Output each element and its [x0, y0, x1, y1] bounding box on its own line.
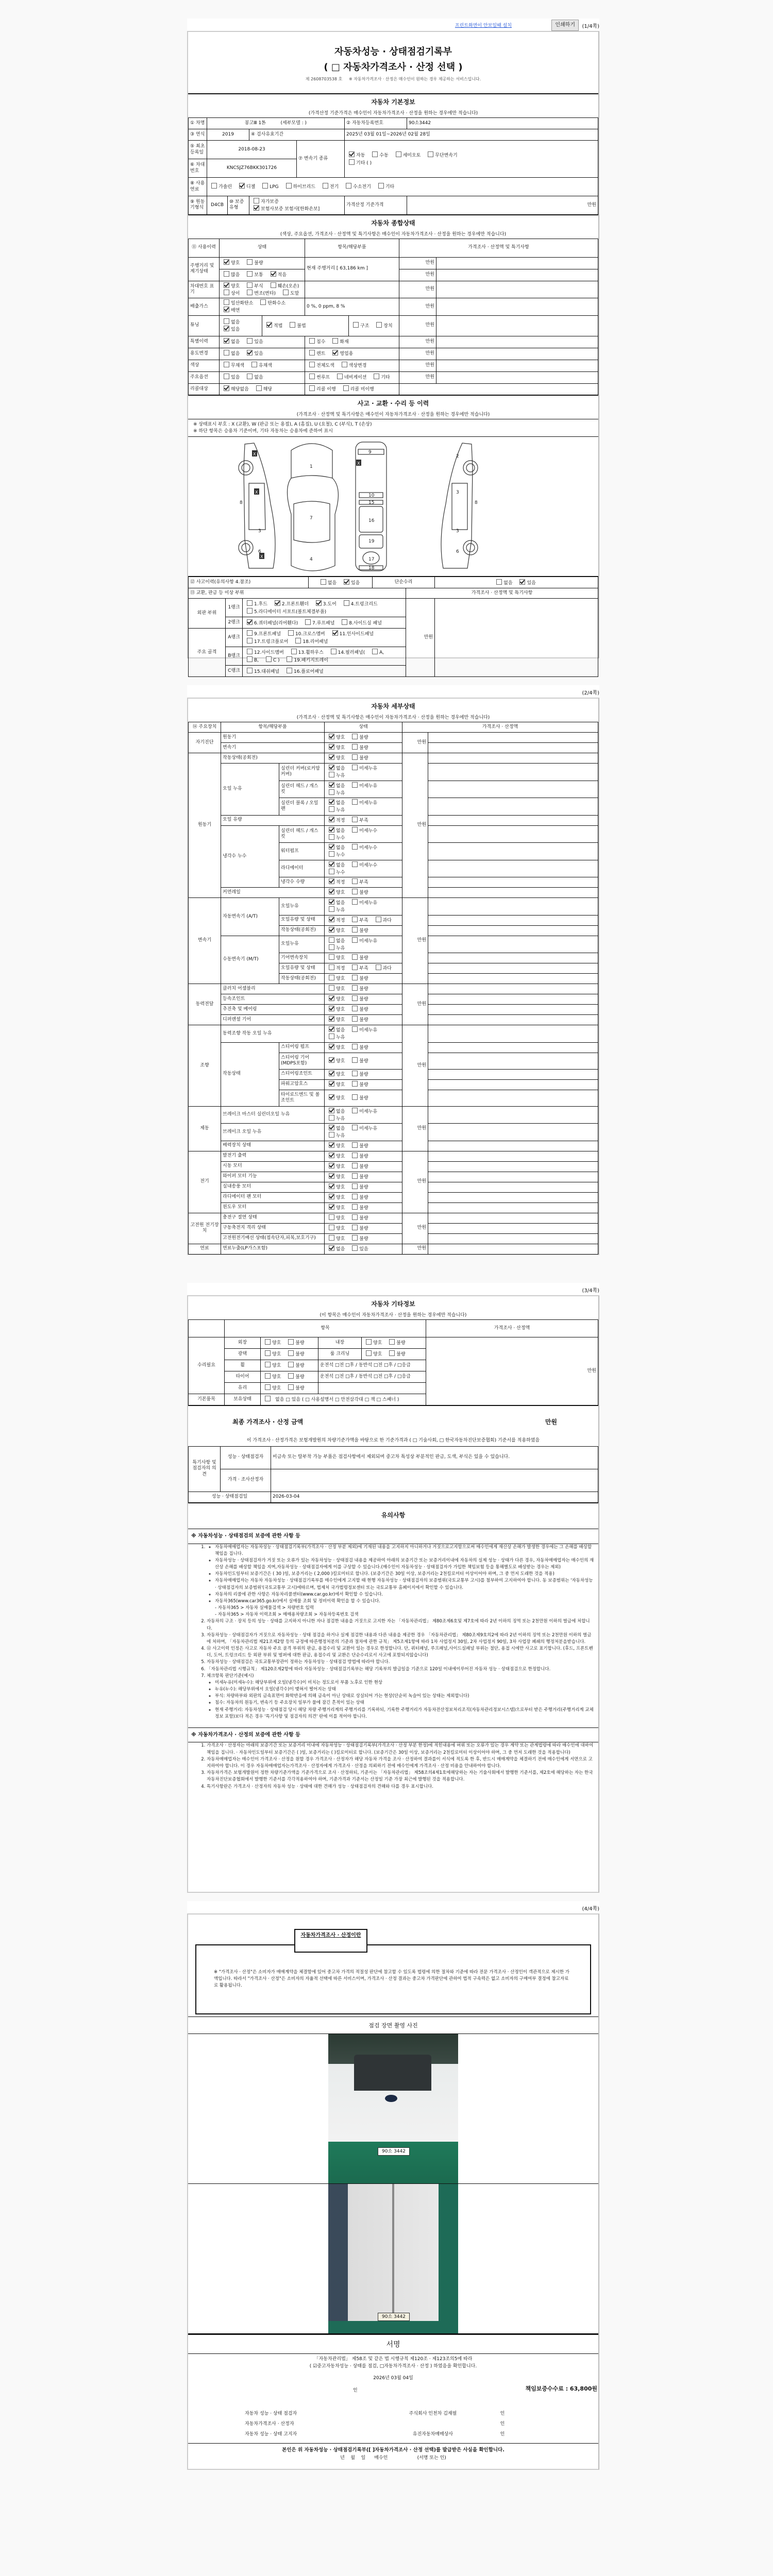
checkbox-option[interactable]: 없음 — [326, 801, 345, 806]
checkbox-icon[interactable] — [496, 579, 502, 585]
install-link[interactable]: 프린트화면이 안보일때 설치 — [455, 22, 512, 28]
checkbox-icon[interactable] — [329, 878, 334, 884]
checkbox-icon[interactable] — [352, 1194, 358, 1199]
checkbox-icon[interactable] — [352, 744, 358, 750]
checkbox-option[interactable]: 양호 — [326, 1206, 345, 1211]
checkbox-option[interactable]: 적정 — [326, 880, 345, 885]
checkbox-option[interactable]: 없음 — [494, 581, 512, 586]
checkbox-icon[interactable] — [329, 869, 334, 874]
checkbox-option[interactable]: 없음 — [244, 375, 263, 380]
checkbox-icon[interactable] — [265, 1339, 271, 1345]
checkbox-option[interactable]: 해당 — [254, 387, 272, 392]
checkbox-icon[interactable] — [329, 1094, 334, 1100]
checkbox-icon[interactable] — [372, 151, 378, 157]
checkbox-option[interactable]: 18.리어패널 — [293, 639, 328, 645]
checkbox-icon[interactable] — [329, 789, 334, 795]
checkbox-icon[interactable] — [265, 1373, 271, 1379]
checkbox-icon[interactable] — [352, 1163, 358, 1168]
checkbox-option[interactable]: 불량 — [349, 928, 368, 934]
checkbox-icon[interactable] — [329, 964, 334, 970]
checkbox-option[interactable]: 미세누유 — [349, 766, 377, 771]
checkbox-option[interactable]: 부식 — [244, 284, 263, 289]
checkbox-option[interactable]: 불량 — [349, 756, 368, 761]
checkbox-icon[interactable] — [329, 1081, 334, 1087]
checkbox-option[interactable]: 양호 — [326, 997, 345, 1002]
checkbox-option[interactable]: 자가보증 — [251, 199, 279, 205]
checkbox-option[interactable]: 누수 — [326, 853, 345, 858]
checkbox-option[interactable]: 양호 — [326, 735, 345, 740]
checkbox-icon[interactable] — [352, 1225, 358, 1230]
checkbox-icon[interactable] — [378, 183, 384, 189]
checkbox-option[interactable]: 기타 — [371, 375, 390, 380]
checkbox-icon[interactable] — [352, 817, 358, 822]
checkbox-icon[interactable] — [366, 1339, 372, 1345]
checkbox-icon[interactable] — [224, 318, 229, 324]
checkbox-option[interactable]: 불량 — [349, 1045, 368, 1050]
checkbox-icon[interactable] — [428, 151, 433, 157]
checkbox-option[interactable]: 불량 — [349, 1236, 368, 1242]
checkbox-option[interactable]: 세미오토 — [393, 153, 421, 158]
checkbox-option[interactable]: 10.크로스멤버 — [285, 632, 325, 637]
checkbox-option[interactable]: 불법 — [287, 324, 306, 329]
checkbox-icon[interactable] — [344, 600, 349, 606]
checkbox-icon[interactable] — [288, 630, 294, 636]
checkbox-option[interactable]: 양호 — [326, 987, 345, 992]
checkbox-option[interactable]: 수소전기 — [343, 184, 371, 190]
checkbox-icon[interactable] — [224, 299, 229, 305]
checkbox-option[interactable]: 양호 — [363, 1352, 382, 1357]
checkbox-icon[interactable] — [352, 799, 358, 805]
checkbox-option[interactable]: 양호 — [262, 1363, 281, 1368]
checkbox-option[interactable]: 불량 — [349, 1072, 368, 1077]
checkbox-option[interactable]: 많음 — [221, 273, 240, 278]
checkbox-option[interactable]: 불량 — [386, 1341, 405, 1346]
checkbox-option[interactable]: 누수 — [326, 836, 345, 841]
checkbox-icon[interactable] — [349, 159, 355, 165]
checkbox-option[interactable]: 무단변속기 — [425, 153, 457, 158]
checkbox-icon[interactable] — [349, 151, 355, 157]
checkbox-icon[interactable] — [247, 350, 253, 355]
checkbox-icon[interactable] — [329, 799, 334, 805]
checkbox-option[interactable]: 불량 — [349, 987, 368, 992]
checkbox-icon[interactable] — [329, 1026, 334, 1032]
checkbox-option[interactable]: 양호 — [326, 1144, 345, 1149]
checkbox-icon[interactable] — [290, 322, 295, 328]
checkbox-option[interactable]: 불량 — [285, 1341, 304, 1346]
checkbox-option[interactable]: 14.필러패널( — [328, 650, 365, 655]
checkbox-icon[interactable] — [342, 362, 347, 367]
checkbox-option[interactable]: 15.대쉬패널 — [244, 669, 279, 674]
checkbox-option[interactable]: 불량 — [349, 956, 368, 961]
checkbox-option[interactable]: 해당없음 — [221, 387, 249, 392]
checkbox-icon[interactable] — [329, 1173, 334, 1179]
checkbox-icon[interactable] — [309, 338, 315, 344]
checkbox-icon[interactable] — [288, 1362, 294, 1367]
checkbox-option[interactable]: 양호 — [262, 1341, 281, 1346]
checkbox-icon[interactable] — [352, 765, 358, 770]
checkbox-option[interactable]: 양호 — [326, 1185, 345, 1190]
checkbox-icon[interactable] — [352, 1016, 358, 1022]
checkbox-option[interactable]: 양호 — [326, 1096, 345, 1101]
checkbox-icon[interactable] — [266, 322, 272, 328]
checkbox-option[interactable]: 전기 — [320, 184, 339, 190]
checkbox-option[interactable]: 디젤 — [237, 184, 255, 190]
checkbox-option[interactable]: 없음 — [326, 901, 345, 906]
checkbox-icon[interactable] — [309, 374, 315, 379]
checkbox-option[interactable]: 미세누유 — [349, 801, 377, 806]
checkbox-option[interactable]: 불량 — [349, 1007, 368, 1012]
checkbox-option[interactable]: 부족 — [349, 818, 368, 823]
checkbox-option[interactable]: 미세누수 — [349, 845, 377, 851]
checkbox-icon[interactable] — [329, 765, 334, 770]
checkbox-icon[interactable] — [247, 619, 253, 625]
checkbox-icon[interactable] — [286, 183, 292, 189]
checkbox-option[interactable]: 리콜 이행 — [307, 387, 336, 392]
checkbox-icon[interactable] — [316, 600, 322, 606]
checkbox-icon[interactable] — [224, 374, 229, 379]
checkbox-icon[interactable] — [352, 1026, 358, 1032]
checkbox-option[interactable]: 없음 — [326, 1028, 345, 1033]
checkbox-option[interactable]: 불량 — [244, 261, 263, 266]
checkbox-option[interactable]: 기타 — [376, 184, 394, 190]
checkbox-icon[interactable] — [224, 385, 229, 391]
checkbox-option[interactable]: 적정 — [326, 818, 345, 823]
checkbox-option[interactable]: 8.사이드실 패널 — [339, 621, 382, 626]
checkbox-option[interactable]: 누유 — [326, 791, 345, 796]
checkbox-option[interactable]: 불량 — [349, 745, 368, 751]
checkbox-icon[interactable] — [352, 1142, 358, 1148]
checkbox-option[interactable]: 양호 — [326, 956, 345, 961]
checkbox-option[interactable]: 있음 — [341, 581, 360, 586]
checkbox-icon[interactable] — [389, 1350, 395, 1356]
checkbox-option[interactable]: 없음 — [318, 581, 337, 586]
checkbox-icon[interactable] — [329, 1132, 334, 1138]
checkbox-option[interactable]: 미세누유 — [349, 1028, 377, 1033]
checkbox-option[interactable]: 양호 — [326, 1059, 345, 1064]
checkbox-icon[interactable] — [224, 259, 229, 265]
checkbox-icon[interactable] — [352, 985, 358, 991]
checkbox-icon[interactable] — [396, 151, 401, 157]
checkbox-icon[interactable] — [329, 1214, 334, 1220]
checkbox-option[interactable]: 영업용 — [330, 351, 353, 357]
checkbox-icon[interactable] — [352, 844, 358, 850]
checkbox-option[interactable]: 렌트 — [307, 351, 325, 357]
checkbox-icon[interactable] — [295, 638, 301, 643]
checkbox-icon[interactable] — [309, 362, 315, 367]
checkbox-option[interactable]: 5.라디에이터 서포트(볼트체결부품) — [244, 609, 326, 615]
checkbox-icon[interactable] — [224, 282, 229, 288]
checkbox-icon[interactable] — [376, 322, 382, 328]
checkbox-option[interactable]: 11.인사이드패널 — [330, 632, 374, 637]
checkbox-icon[interactable] — [247, 290, 253, 295]
checkbox-option[interactable]: 17.트렁크플로어 — [244, 639, 288, 645]
print-button[interactable]: 인쇄하기 — [551, 20, 579, 31]
checkbox-icon[interactable] — [332, 630, 338, 636]
checkbox-icon[interactable] — [352, 1094, 358, 1100]
checkbox-icon[interactable] — [247, 259, 253, 265]
checkbox-option[interactable]: 불량 — [349, 1216, 368, 1221]
checkbox-icon[interactable] — [329, 899, 334, 905]
checkbox-option[interactable]: 미세누유 — [349, 901, 377, 906]
checkbox-icon[interactable] — [262, 183, 268, 189]
checkbox-icon[interactable] — [352, 1006, 358, 1011]
checkbox-option[interactable]: 미세누유 — [349, 1126, 377, 1131]
checkbox-icon[interactable] — [265, 1362, 271, 1367]
checkbox-icon[interactable] — [288, 1350, 294, 1356]
checkbox-option[interactable]: 양호 — [262, 1386, 281, 1391]
checkbox-icon[interactable] — [352, 954, 358, 960]
checkbox-option[interactable]: 가솔린 — [209, 184, 232, 190]
checkbox-icon[interactable] — [288, 1373, 294, 1379]
checkbox-option[interactable]: 적음 — [268, 273, 287, 278]
checkbox-icon[interactable] — [224, 362, 229, 367]
checkbox-icon[interactable] — [329, 1125, 334, 1130]
checkbox-icon[interactable] — [342, 619, 347, 625]
checkbox-icon[interactable] — [271, 271, 276, 277]
checkbox-icon[interactable] — [352, 975, 358, 980]
checkbox-icon[interactable] — [260, 299, 266, 305]
checkbox-icon[interactable] — [251, 362, 257, 367]
checkbox-option[interactable]: 양호 — [326, 1164, 345, 1170]
checkbox-icon[interactable] — [254, 205, 259, 211]
checkbox-option[interactable]: 없음 — [326, 766, 345, 771]
checkbox-icon[interactable] — [265, 1396, 271, 1401]
checkbox-option[interactable]: 19.패키지트레이 — [284, 658, 328, 663]
checkbox-icon[interactable] — [329, 861, 334, 867]
checkbox-icon[interactable] — [305, 619, 311, 625]
checkbox-option[interactable]: 누유 — [326, 946, 345, 951]
checkbox-icon[interactable] — [329, 937, 334, 943]
checkbox-option[interactable]: 양호 — [326, 1072, 345, 1077]
checkbox-icon[interactable] — [291, 649, 297, 654]
checkbox-option[interactable]: 불량 — [349, 976, 368, 981]
checkbox-icon[interactable] — [332, 338, 338, 344]
checkbox-icon[interactable] — [265, 1350, 271, 1356]
checkbox-icon[interactable] — [352, 1071, 358, 1076]
checkbox-icon[interactable] — [329, 1044, 334, 1049]
checkbox-option[interactable]: 16.플로어패널 — [284, 669, 324, 674]
checkbox-option[interactable]: 양호 — [326, 890, 345, 895]
checkbox-option[interactable]: 불량 — [285, 1352, 304, 1357]
checkbox-icon[interactable] — [247, 630, 253, 636]
checkbox-icon[interactable] — [352, 1183, 358, 1189]
checkbox-icon[interactable] — [329, 1033, 334, 1039]
checkbox-option[interactable]: 양호 — [326, 976, 345, 981]
checkbox-option[interactable]: 있음 — [221, 375, 240, 380]
checkbox-option[interactable] — [262, 1397, 272, 1402]
checkbox-option[interactable]: 양호 — [326, 1216, 345, 1221]
checkbox-option[interactable]: 3.도어 — [313, 602, 337, 607]
checkbox-option[interactable]: 썬루프 — [307, 375, 330, 380]
checkbox-icon[interactable] — [352, 889, 358, 894]
checkbox-icon[interactable] — [283, 290, 289, 295]
checkbox-option[interactable]: 1.후드 — [244, 602, 267, 607]
checkbox-icon[interactable] — [352, 1125, 358, 1130]
checkbox-icon[interactable] — [329, 1108, 334, 1113]
checkbox-icon[interactable] — [247, 271, 253, 277]
checkbox-option[interactable]: 누유 — [326, 1133, 345, 1139]
checkbox-option[interactable]: 매연 — [221, 308, 240, 313]
checkbox-icon[interactable] — [323, 183, 328, 189]
checkbox-option[interactable]: 누유 — [326, 1116, 345, 1122]
checkbox-icon[interactable] — [224, 271, 229, 277]
checkbox-icon[interactable] — [247, 638, 253, 643]
checkbox-icon[interactable] — [247, 649, 253, 654]
checkbox-icon[interactable] — [288, 1339, 294, 1345]
checkbox-option[interactable]: 불량 — [349, 997, 368, 1002]
checkbox-option[interactable]: 변조(변타) — [244, 291, 276, 296]
checkbox-icon[interactable] — [329, 985, 334, 991]
checkbox-option[interactable]: 없음 — [326, 1247, 345, 1252]
checkbox-icon[interactable] — [329, 927, 334, 933]
checkbox-icon[interactable] — [329, 944, 334, 950]
checkbox-icon[interactable] — [211, 183, 217, 189]
checkbox-option[interactable]: 없음 — [221, 320, 240, 325]
checkbox-icon[interactable] — [352, 1057, 358, 1063]
checkbox-option[interactable]: 없음 — [221, 351, 240, 357]
checkbox-icon[interactable] — [329, 782, 334, 788]
checkbox-icon[interactable] — [352, 937, 358, 943]
checkbox-option[interactable]: 불량 — [349, 735, 368, 740]
checkbox-icon[interactable] — [352, 878, 358, 884]
checkbox-option[interactable]: 수동 — [369, 153, 388, 158]
checkbox-option[interactable]: 불량 — [349, 1164, 368, 1170]
checkbox-icon[interactable] — [247, 656, 253, 662]
checkbox-option[interactable]: 상이 — [221, 291, 240, 296]
checkbox-icon[interactable] — [374, 374, 379, 379]
checkbox-icon[interactable] — [329, 906, 334, 912]
checkbox-icon[interactable] — [329, 806, 334, 812]
checkbox-option[interactable]: 양호 — [326, 1195, 345, 1200]
checkbox-option[interactable]: 없음 — [326, 863, 345, 868]
checkbox-icon[interactable] — [329, 1057, 334, 1063]
checkbox-option[interactable]: 불량 — [349, 1175, 368, 1180]
checkbox-option[interactable]: 양호 — [326, 1236, 345, 1242]
checkbox-option[interactable]: 있음 — [244, 351, 263, 357]
checkbox-icon[interactable] — [329, 889, 334, 894]
checkbox-option[interactable]: 없음 — [326, 784, 345, 789]
checkbox-icon[interactable] — [266, 656, 272, 662]
checkbox-option[interactable]: 있음 — [517, 581, 535, 586]
checkbox-option[interactable]: 없음 — [326, 939, 345, 944]
checkbox-icon[interactable] — [224, 307, 229, 312]
checkbox-icon[interactable] — [337, 374, 343, 379]
checkbox-icon[interactable] — [224, 326, 229, 331]
checkbox-icon[interactable] — [376, 917, 381, 922]
checkbox-option[interactable]: 없음 — [221, 340, 240, 345]
checkbox-icon[interactable] — [352, 995, 358, 1001]
checkbox-icon[interactable] — [288, 1384, 294, 1390]
checkbox-option[interactable]: 누유 — [326, 908, 345, 913]
checkbox-icon[interactable] — [519, 579, 525, 585]
checkbox-icon[interactable] — [352, 754, 358, 760]
checkbox-icon[interactable] — [287, 656, 292, 662]
checkbox-option[interactable]: 양호 — [326, 1175, 345, 1180]
checkbox-icon[interactable] — [352, 1235, 358, 1241]
checkbox-icon[interactable] — [329, 844, 334, 850]
checkbox-option[interactable]: 7.루프패널 — [303, 621, 334, 626]
checkbox-icon[interactable] — [352, 1081, 358, 1087]
checkbox-option[interactable]: 구조 — [350, 324, 369, 329]
checkbox-option[interactable]: 적정 — [326, 918, 345, 923]
checkbox-icon[interactable] — [329, 1006, 334, 1011]
checkbox-option[interactable]: 양호 — [326, 1045, 345, 1050]
checkbox-option[interactable]: 무채색 — [221, 363, 244, 368]
checkbox-icon[interactable] — [376, 964, 381, 970]
checkbox-option[interactable]: 양호 — [262, 1375, 281, 1380]
checkbox-option[interactable]: 불량 — [349, 890, 368, 895]
checkbox-option[interactable]: 적법 — [264, 324, 282, 329]
checkbox-option[interactable]: 훼손(오손) — [268, 284, 299, 289]
checkbox-option[interactable]: 네비게이션 — [334, 375, 366, 380]
checkbox-option[interactable]: 보험사보증 보험사[한화손보] — [251, 207, 320, 212]
checkbox-option[interactable]: 불량 — [285, 1386, 304, 1391]
checkbox-icon[interactable] — [329, 1235, 334, 1241]
checkbox-option[interactable]: 리콜 미이행 — [341, 387, 374, 392]
checkbox-option[interactable]: 불량 — [285, 1363, 304, 1368]
checkbox-option[interactable]: 2.프론트휀더 — [272, 602, 309, 607]
checkbox-icon[interactable] — [389, 1339, 395, 1345]
checkbox-icon[interactable] — [329, 734, 334, 739]
checkbox-icon[interactable] — [247, 608, 253, 614]
checkbox-option[interactable]: 누수 — [326, 870, 345, 875]
checkbox-option[interactable]: 도말 — [280, 291, 299, 296]
checkbox-option[interactable]: 있음 — [244, 340, 263, 345]
checkbox-option[interactable]: 보통 — [244, 273, 263, 278]
checkbox-icon[interactable] — [352, 927, 358, 933]
checkbox-option[interactable]: 미세누수 — [349, 863, 377, 868]
checkbox-icon[interactable] — [352, 861, 358, 867]
checkbox-option[interactable]: 6.쿼터패널(리어휀다) — [244, 621, 298, 626]
checkbox-option[interactable]: 양호 — [326, 928, 345, 934]
checkbox-option[interactable]: 양호 — [221, 261, 240, 266]
checkbox-icon[interactable] — [224, 338, 229, 344]
checkbox-option[interactable]: 불량 — [349, 1226, 368, 1231]
checkbox-option[interactable]: 미세누수 — [349, 828, 377, 834]
checkbox-icon[interactable] — [329, 1163, 334, 1168]
checkbox-option[interactable]: 있음 — [221, 327, 240, 332]
checkbox-option[interactable]: 불량 — [349, 1206, 368, 1211]
checkbox-option[interactable]: 화재 — [330, 340, 348, 345]
checkbox-icon[interactable] — [247, 668, 253, 673]
checkbox-icon[interactable] — [256, 385, 262, 391]
checkbox-icon[interactable] — [331, 649, 337, 654]
checkbox-option[interactable]: 하이브리드 — [283, 184, 315, 190]
checkbox-icon[interactable] — [309, 350, 315, 355]
checkbox-option[interactable]: 불량 — [349, 1154, 368, 1159]
checkbox-option[interactable]: 일산화탄소 — [221, 301, 253, 306]
checkbox-icon[interactable] — [247, 600, 253, 606]
checkbox-icon[interactable] — [352, 782, 358, 788]
checkbox-option[interactable]: 적정 — [326, 966, 345, 971]
checkbox-icon[interactable] — [329, 817, 334, 822]
checkbox-icon[interactable] — [344, 579, 349, 585]
checkbox-option[interactable]: 미세누유 — [349, 1109, 377, 1114]
checkbox-option[interactable]: 부족 — [349, 880, 368, 885]
checkbox-icon[interactable] — [309, 385, 315, 391]
checkbox-option[interactable]: B, — [244, 658, 259, 663]
checkbox-option[interactable]: 4.트렁크리드 — [341, 602, 378, 607]
checkbox-option[interactable]: 누유 — [326, 808, 345, 813]
checkbox-option[interactable]: 장치 — [374, 324, 392, 329]
checkbox-icon[interactable] — [271, 282, 276, 288]
checkbox-option[interactable]: 불량 — [349, 1195, 368, 1200]
checkbox-option[interactable]: 양호 — [326, 1007, 345, 1012]
checkbox-option[interactable]: 양호 — [326, 756, 345, 761]
checkbox-option[interactable]: 불량 — [349, 1096, 368, 1101]
checkbox-option[interactable]: LPG — [260, 184, 278, 190]
checkbox-icon[interactable] — [265, 1384, 271, 1390]
